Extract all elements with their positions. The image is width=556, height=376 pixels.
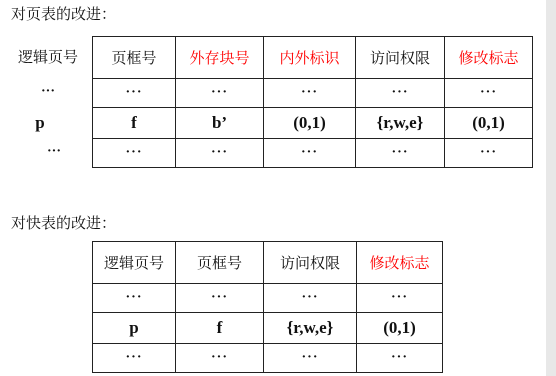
- col-header-logical-page: 逻辑页号: [93, 242, 176, 284]
- logical-page-label: 逻辑页号: [8, 46, 88, 67]
- col-header-disk-block: 外存块号: [176, 37, 264, 79]
- table-cell: b’: [176, 108, 264, 139]
- table-cell: ···: [445, 139, 533, 168]
- table-cell: ···: [93, 284, 176, 313]
- table-cell: ···: [264, 284, 357, 313]
- table-cell: (0,1): [264, 108, 356, 139]
- table-cell: ···: [93, 139, 176, 168]
- col-header-access-rights: 访问权限: [264, 242, 357, 284]
- table-header-row: 逻辑页号 页框号 访问权限 修改标志: [93, 242, 443, 284]
- col-header-access-rights: 访问权限: [356, 37, 445, 79]
- table-cell: f: [176, 313, 264, 344]
- table-row: f b’ (0,1) {r,w,e} (0,1): [93, 108, 533, 139]
- col-header-modified-flag: 修改标志: [445, 37, 533, 79]
- table-cell: ···: [176, 139, 264, 168]
- table-cell: ···: [176, 284, 264, 313]
- table-row: ··· ··· ··· ···: [93, 284, 443, 313]
- table-row: ··· ··· ··· ··· ···: [93, 79, 533, 108]
- table-row: p f {r,w,e} (0,1): [93, 313, 443, 344]
- table-row: ··· ··· ··· ···: [93, 344, 443, 373]
- table-cell: p: [93, 313, 176, 344]
- table-cell: ···: [264, 79, 356, 108]
- scrollbar[interactable]: [546, 0, 556, 376]
- tlb-table: 逻辑页号 页框号 访问权限 修改标志 ··· ··· ··· ··· p f {…: [92, 241, 443, 373]
- table-header-row: 页框号 外存块号 内外标识 访问权限 修改标志: [93, 37, 533, 79]
- table-cell: ···: [357, 284, 443, 313]
- table-cell: ···: [264, 344, 357, 373]
- table-cell: ···: [445, 79, 533, 108]
- table-cell: ···: [176, 79, 264, 108]
- row-label: ···: [8, 84, 88, 100]
- table-cell: f: [93, 108, 176, 139]
- col-header-present-flag: 内外标识: [264, 37, 356, 79]
- table-cell: ···: [356, 79, 445, 108]
- table-cell: {r,w,e}: [264, 313, 357, 344]
- page-table-heading: 对页表的改进：: [11, 3, 116, 24]
- table-cell: ···: [356, 139, 445, 168]
- table-cell: ···: [264, 139, 356, 168]
- row-label: ···: [14, 144, 94, 160]
- table-row: ··· ··· ··· ··· ···: [93, 139, 533, 168]
- col-header-frame: 页框号: [176, 242, 264, 284]
- table-cell: ···: [357, 344, 443, 373]
- table-cell: ···: [93, 344, 176, 373]
- table-cell: (0,1): [357, 313, 443, 344]
- col-header-modified-flag: 修改标志: [357, 242, 443, 284]
- table-cell: ···: [176, 344, 264, 373]
- page-table: 页框号 外存块号 内外标识 访问权限 修改标志 ··· ··· ··· ··· …: [92, 36, 533, 168]
- tlb-table-heading: 对快表的改进：: [11, 212, 116, 233]
- row-label: p: [0, 113, 80, 133]
- col-header-frame: 页框号: [93, 37, 176, 79]
- table-cell: ···: [93, 79, 176, 108]
- table-cell: {r,w,e}: [356, 108, 445, 139]
- table-cell: (0,1): [445, 108, 533, 139]
